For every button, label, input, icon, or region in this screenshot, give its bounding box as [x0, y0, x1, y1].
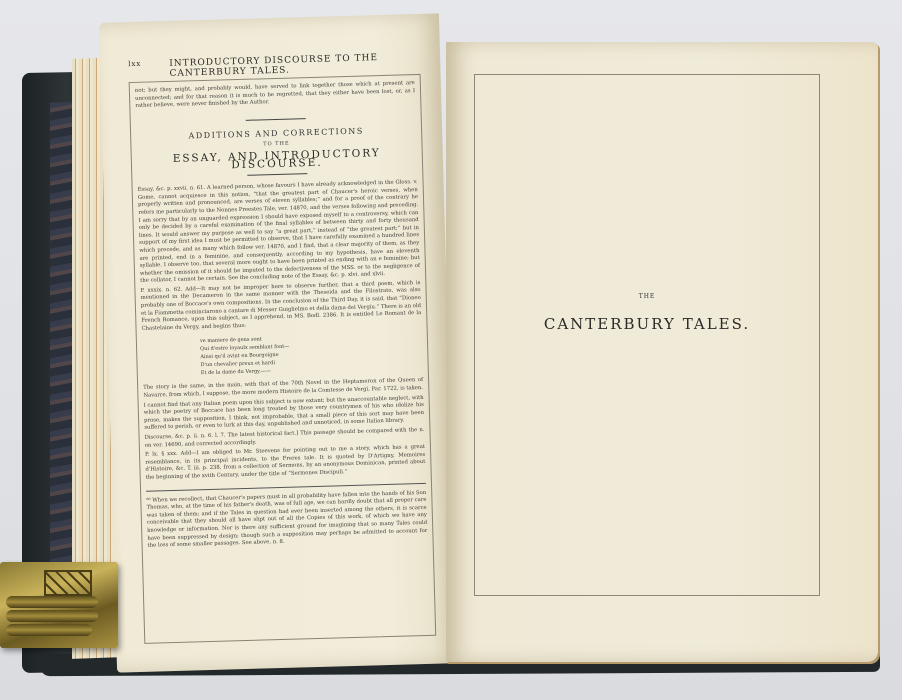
section-rule [246, 118, 306, 121]
footnote: ⁸⁸ When we recollect, that Chaucer's pap… [146, 489, 427, 550]
left-page: lxx INTRODUCTORY DISCOURSE TO THE CANTER… [99, 13, 457, 672]
left-page-body: not; but they might, and probably would,… [135, 80, 428, 552]
finger [6, 610, 98, 622]
heading-essay: ESSAY, AND INTRODUCTORY DISCOURSE. [137, 149, 417, 172]
right-page-frame: THE CANTERBURY TALES. [474, 74, 820, 596]
heading-rule [247, 173, 307, 176]
finger [6, 596, 98, 608]
title-canterbury-tales: CANTERBURY TALES. [475, 315, 819, 333]
hand-cuff [44, 570, 92, 596]
right-page: THE CANTERBURY TALES. [446, 42, 878, 662]
title-the: THE [475, 293, 819, 300]
paragraph-2: P. xxxix. n. 62. Add—It may not be impro… [140, 280, 421, 333]
paragraph-4: I cannot find that any Italian poem upon… [144, 395, 425, 433]
paragraph-6: P. lx. § xxx. Add—I am obliged to Mr. St… [145, 444, 426, 482]
brass-hand-weight-icon [0, 562, 118, 648]
verse-block: ve maniere de gens sont Qui d'estre loya… [200, 331, 423, 377]
page-number: lxx [128, 60, 142, 80]
finger [6, 624, 92, 636]
paragraph-1: Essay, &c. p. xxvii. n. 61. A learned pe… [138, 179, 421, 285]
